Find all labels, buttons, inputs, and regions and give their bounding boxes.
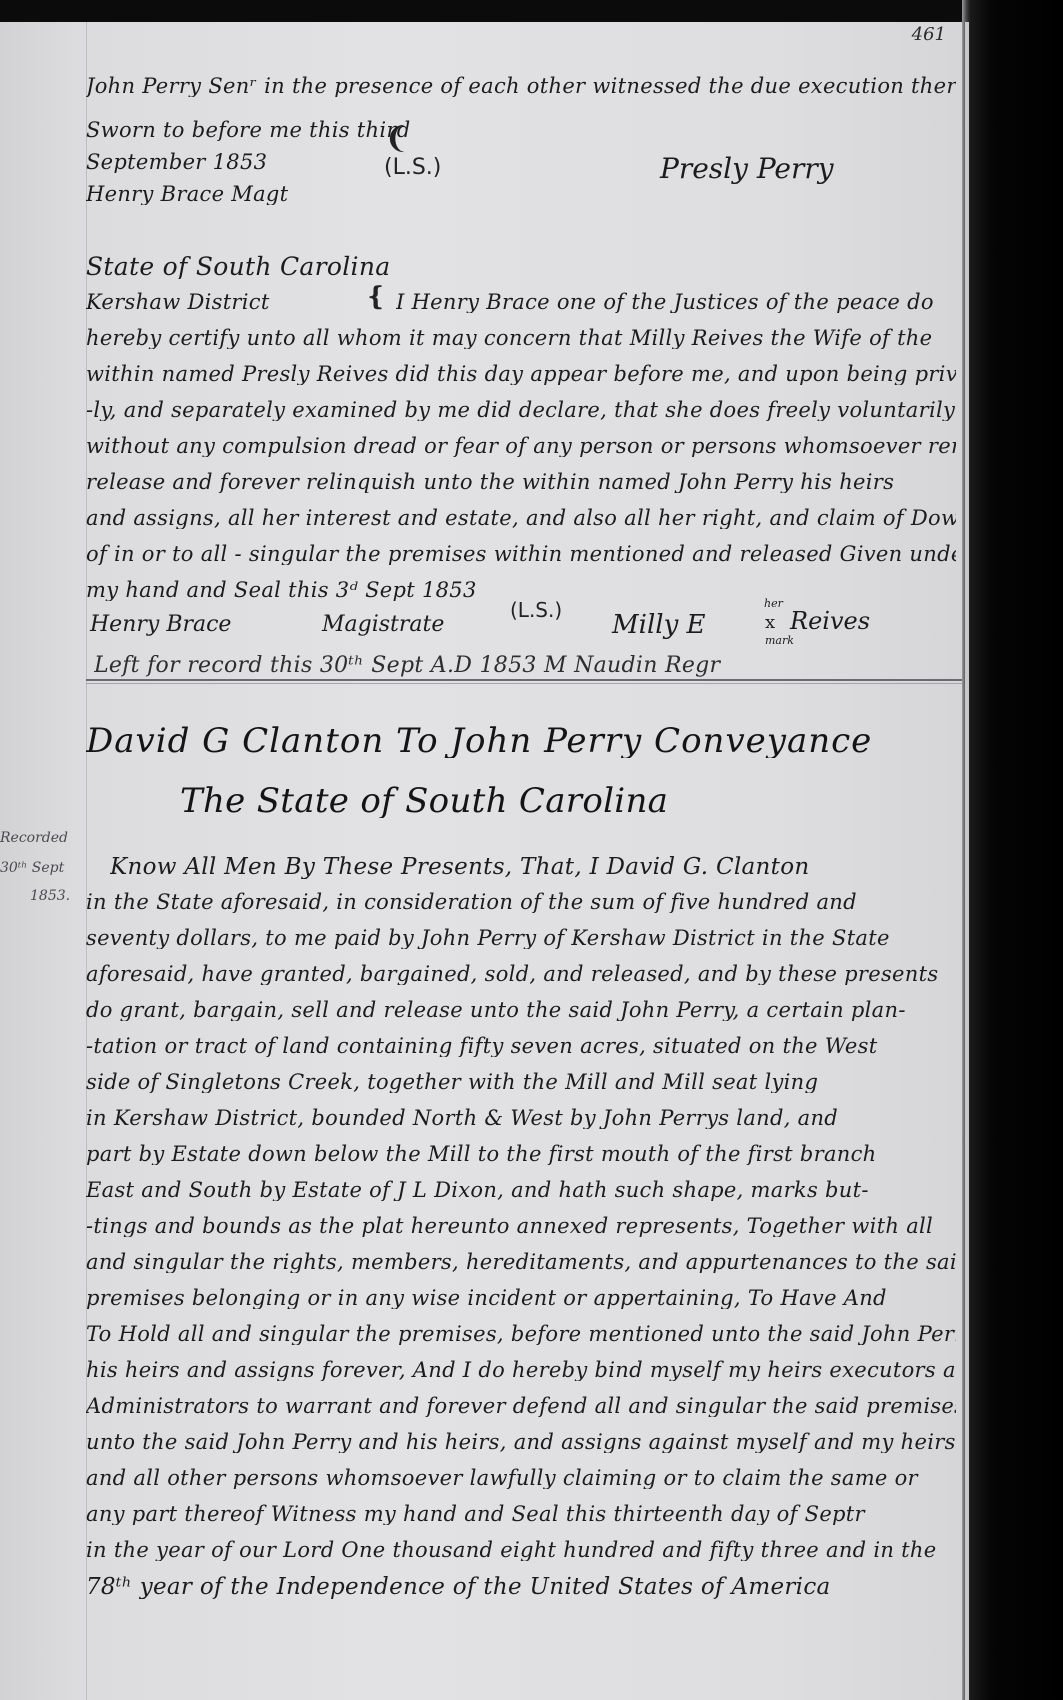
text-line: -tings and bounds as the plat hereunto a…: [86, 1216, 956, 1237]
book-spine-gutter: [962, 0, 1063, 1700]
text-line: To Hold all and singular the premises, b…: [86, 1324, 956, 1345]
text-line: aforesaid, have granted, bargained, sold…: [86, 964, 956, 985]
text-line: release and forever relinquish unto the …: [86, 472, 956, 493]
signature-reives: Reives: [790, 607, 870, 635]
text-line: and all other persons whomsoever lawfull…: [86, 1468, 956, 1489]
text-line: East and South by Estate of J L Dixon, a…: [86, 1180, 956, 1201]
text-line: September 1853: [86, 152, 416, 173]
page-number: 461: [912, 24, 946, 45]
text-line: within named Presly Reives did this day …: [86, 364, 956, 385]
text-line: without any compulsion dread or fear of …: [86, 436, 956, 457]
margin-note-date: 30ᵗʰ Sept: [0, 860, 84, 876]
text-line: in the year of our Lord One thousand eig…: [86, 1540, 956, 1561]
x-mark: x: [765, 612, 775, 633]
seal-mark: (L.S.): [510, 600, 562, 620]
text-line: of in or to all - singular the premises …: [86, 544, 956, 565]
text-line: his heirs and assigns forever, And I do …: [86, 1360, 956, 1381]
text-line: Sworn to before me this third of: [86, 120, 416, 141]
deed-subtitle: The State of South Carolina: [180, 784, 962, 818]
text-line: 78ᵗʰ year of the Independence of the Uni…: [86, 1576, 956, 1599]
text-line: Know All Men By These Presents, That, I …: [110, 856, 956, 879]
text-line: and assigns, all her interest and estate…: [86, 508, 956, 529]
signature-presly-perry: Presly Perry: [660, 152, 834, 185]
text-line: side of Singletons Creek, together with …: [86, 1072, 956, 1093]
text-line: hereby certify unto all whom it may conc…: [86, 328, 956, 349]
text-line: I Henry Brace one of the Justices of the…: [396, 292, 956, 313]
magistrate-title: Magistrate: [322, 612, 444, 637]
district-heading: Kershaw District: [86, 292, 336, 313]
text-line: in the State aforesaid, in consideration…: [86, 892, 956, 913]
text-line: -tation or tract of land containing fift…: [86, 1036, 956, 1057]
text-line: premises belonging or in any wise incide…: [86, 1288, 956, 1309]
text-line: part by Estate down below the Mill to th…: [86, 1144, 956, 1165]
brace-icon: ❴: [365, 284, 387, 310]
text-line: my hand and Seal this 3ᵈ Sept 1853: [86, 580, 506, 601]
text-line: do grant, bargain, sell and release unto…: [86, 1000, 956, 1021]
section-divider: [86, 683, 962, 684]
seal-mark: (L.S.): [384, 157, 441, 179]
ledger-page: 461 John Perry Senʳ in the presence of e…: [0, 22, 962, 1700]
text-line: seventy dollars, to me paid by John Perr…: [86, 928, 956, 949]
text-line: -ly, and separately examined by me did d…: [86, 400, 956, 421]
text-line: Administrators to warrant and forever de…: [86, 1396, 956, 1417]
state-heading: State of South Carolina: [86, 254, 956, 279]
text-line: in Kershaw District, bounded North & Wes…: [86, 1108, 956, 1129]
deed-title: David G Clanton To John Perry Conveyance: [86, 724, 956, 758]
text-line: John Perry Senʳ in the presence of each …: [86, 76, 956, 97]
recording-line: Left for record this 30ᵗʰ Sept A.D 1853 …: [94, 655, 962, 677]
signature-henry-brace: Henry Brace: [90, 612, 231, 637]
margin-note-recorded: Recorded: [0, 830, 84, 846]
text-line: and singular the rights, members, heredi…: [86, 1252, 956, 1273]
seal-brace-icon: ❨: [384, 124, 409, 154]
signature-milly: Milly E: [612, 610, 706, 640]
text-line: Henry Brace Magt: [86, 184, 416, 205]
section-divider: [86, 679, 962, 681]
her-label: her: [764, 597, 783, 610]
text-line: any part thereof Witness my hand and Sea…: [86, 1504, 956, 1525]
text-line: unto the said John Perry and his heirs, …: [86, 1432, 956, 1453]
mark-label: mark: [765, 634, 794, 647]
page-edge: [965, 22, 969, 1700]
